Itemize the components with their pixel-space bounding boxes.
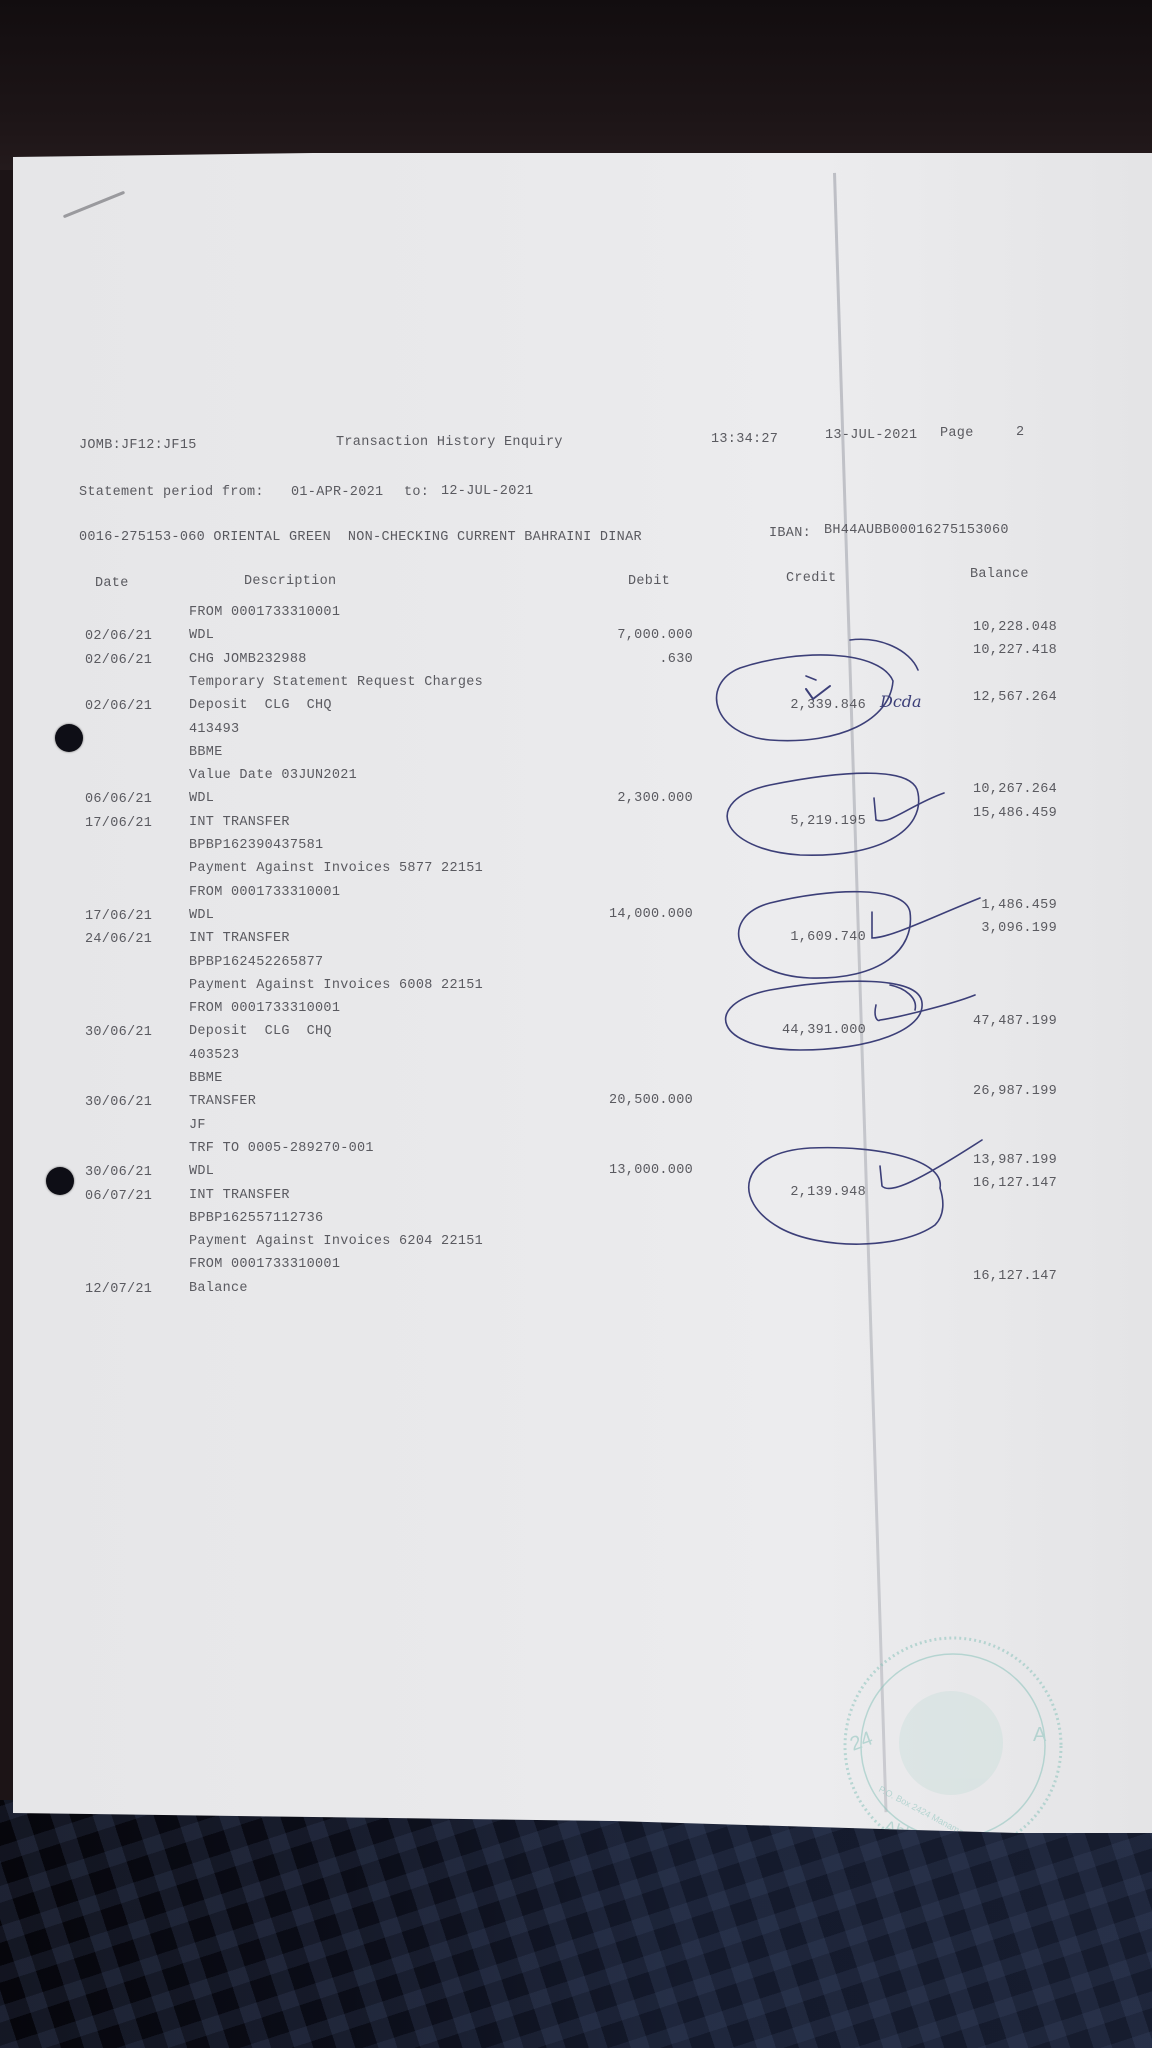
transaction-debit: 2,300.000	[617, 791, 693, 807]
transaction-description: BPBP162390437581	[189, 838, 323, 854]
transaction-date: 17/06/21	[85, 909, 152, 925]
transaction-description: INT TRANSFER	[189, 931, 290, 947]
svg-text:A: A	[1033, 1724, 1047, 1746]
transaction-description: FROM 0001733310001	[189, 1257, 340, 1273]
transaction-date: 02/06/21	[85, 699, 152, 715]
period-to: 12-JUL-2021	[441, 484, 533, 500]
report-title: Transaction History Enquiry	[336, 435, 563, 451]
column-balance: Balance	[970, 567, 1029, 583]
transaction-description: Deposit CLG CHQ	[189, 1024, 332, 1040]
transaction-description: BBME	[189, 745, 223, 761]
transaction-description: Payment Against Invoices 6008 22151	[189, 978, 483, 994]
transaction-date: 30/06/21	[85, 1025, 152, 1041]
transaction-description: 403523	[189, 1048, 239, 1064]
transaction-date: 30/06/21	[85, 1165, 152, 1181]
iban-label: IBAN:	[769, 526, 811, 542]
column-debit: Debit	[628, 574, 670, 590]
transaction-balance: 10,227.418	[973, 643, 1057, 659]
transaction-description: FROM 0001733310001	[189, 1001, 340, 1017]
transaction-description: Value Date 03JUN2021	[189, 768, 357, 784]
column-description: Description	[244, 574, 336, 590]
transaction-description: WDL	[189, 1164, 214, 1180]
transaction-description: WDL	[189, 791, 214, 807]
transaction-description: Balance	[189, 1281, 248, 1297]
transaction-balance: 10,267.264	[973, 782, 1057, 798]
transaction-balance: 1,486.459	[981, 898, 1057, 914]
transaction-credit: 1,609.740	[790, 930, 866, 946]
punch-hole-icon	[55, 724, 83, 752]
transaction-balance: 26,987.199	[973, 1084, 1057, 1100]
transaction-debit: .630	[659, 652, 693, 668]
transaction-balance: 16,127.147	[973, 1176, 1057, 1192]
transaction-description: CHG JOMB232988	[189, 652, 307, 668]
transaction-balance: 12,567.264	[973, 690, 1057, 706]
period-label: Statement period from:	[79, 485, 264, 501]
transaction-credit: 44,391.000	[782, 1023, 866, 1039]
transaction-balance: 10,228.048	[973, 620, 1057, 636]
transaction-description: INT TRANSFER	[189, 815, 290, 831]
transaction-description: Deposit CLG CHQ	[189, 698, 332, 714]
transaction-credit: 2,339.846	[790, 698, 866, 714]
transaction-date: 06/07/21	[85, 1189, 152, 1205]
transaction-description: WDL	[189, 908, 214, 924]
punch-hole-icon	[46, 1167, 74, 1195]
transaction-date: 02/06/21	[85, 629, 152, 645]
transaction-date: 02/06/21	[85, 653, 152, 669]
transaction-description: WDL	[189, 628, 214, 644]
transaction-description: Temporary Statement Request Charges	[189, 675, 483, 691]
transaction-description: Payment Against Invoices 6204 22151	[189, 1234, 483, 1250]
transaction-description: TRANSFER	[189, 1094, 256, 1110]
transaction-description: Payment Against Invoices 5877 22151	[189, 861, 483, 877]
transaction-description: JF	[189, 1118, 206, 1134]
report-time: 13:34:27	[711, 432, 778, 448]
transaction-date: 06/06/21	[85, 792, 152, 808]
column-credit: Credit	[786, 571, 836, 587]
page-number: 2	[1016, 425, 1024, 441]
system-code: JOMB:JF12:JF15	[79, 438, 197, 454]
transaction-debit: 7,000.000	[617, 628, 693, 644]
report-date: 13-JUL-2021	[825, 428, 917, 444]
statement-page: JOMB:JF12:JF15 Transaction History Enqui…	[13, 153, 1152, 1833]
svg-text:24: 24	[847, 1727, 875, 1755]
transaction-description: BPBP162557112736	[189, 1211, 323, 1227]
transaction-description: FROM 0001733310001	[189, 885, 340, 901]
transaction-debit: 13,000.000	[609, 1163, 693, 1179]
fabric-background	[0, 1800, 1152, 2048]
transaction-credit: 2,139.948	[790, 1185, 866, 1201]
transaction-date: 12/07/21	[85, 1282, 152, 1298]
transaction-balance: 15,486.459	[973, 806, 1057, 822]
bank-stamp-icon: 24 A Ahli United Bank B.S.C. P.O. Box 24…	[833, 1631, 1073, 1861]
iban-value: BH44AUBB00016275153060	[824, 523, 1009, 539]
transaction-description: 413493	[189, 722, 239, 738]
transaction-date: 24/06/21	[85, 932, 152, 948]
pencil-mark	[63, 191, 125, 219]
account-line: 0016-275153-060 ORIENTAL GREEN NON-CHECK…	[79, 530, 642, 546]
transaction-description: FROM 0001733310001	[189, 605, 340, 621]
period-to-label: to:	[404, 485, 429, 501]
transaction-balance: 16,127.147	[973, 1269, 1057, 1285]
transaction-balance: 3,096.199	[981, 921, 1057, 937]
period-from: 01-APR-2021	[291, 485, 383, 501]
transaction-debit: 14,000.000	[609, 907, 693, 923]
transaction-balance: 13,987.199	[973, 1153, 1057, 1169]
transaction-balance: 47,487.199	[973, 1014, 1057, 1030]
page-label: Page	[940, 426, 974, 442]
transaction-date: 30/06/21	[85, 1095, 152, 1111]
transaction-description: BBME	[189, 1071, 223, 1087]
fold-line	[833, 173, 888, 1812]
background-top	[0, 0, 1152, 170]
transaction-debit: 20,500.000	[609, 1093, 693, 1109]
transaction-description: INT TRANSFER	[189, 1188, 290, 1204]
column-date: Date	[95, 576, 129, 592]
transaction-credit: 5,219.195	[790, 814, 866, 830]
transaction-date: 17/06/21	[85, 816, 152, 832]
transaction-description: BPBP162452265877	[189, 955, 323, 971]
transaction-description: TRF TO 0005-289270-001	[189, 1141, 374, 1157]
